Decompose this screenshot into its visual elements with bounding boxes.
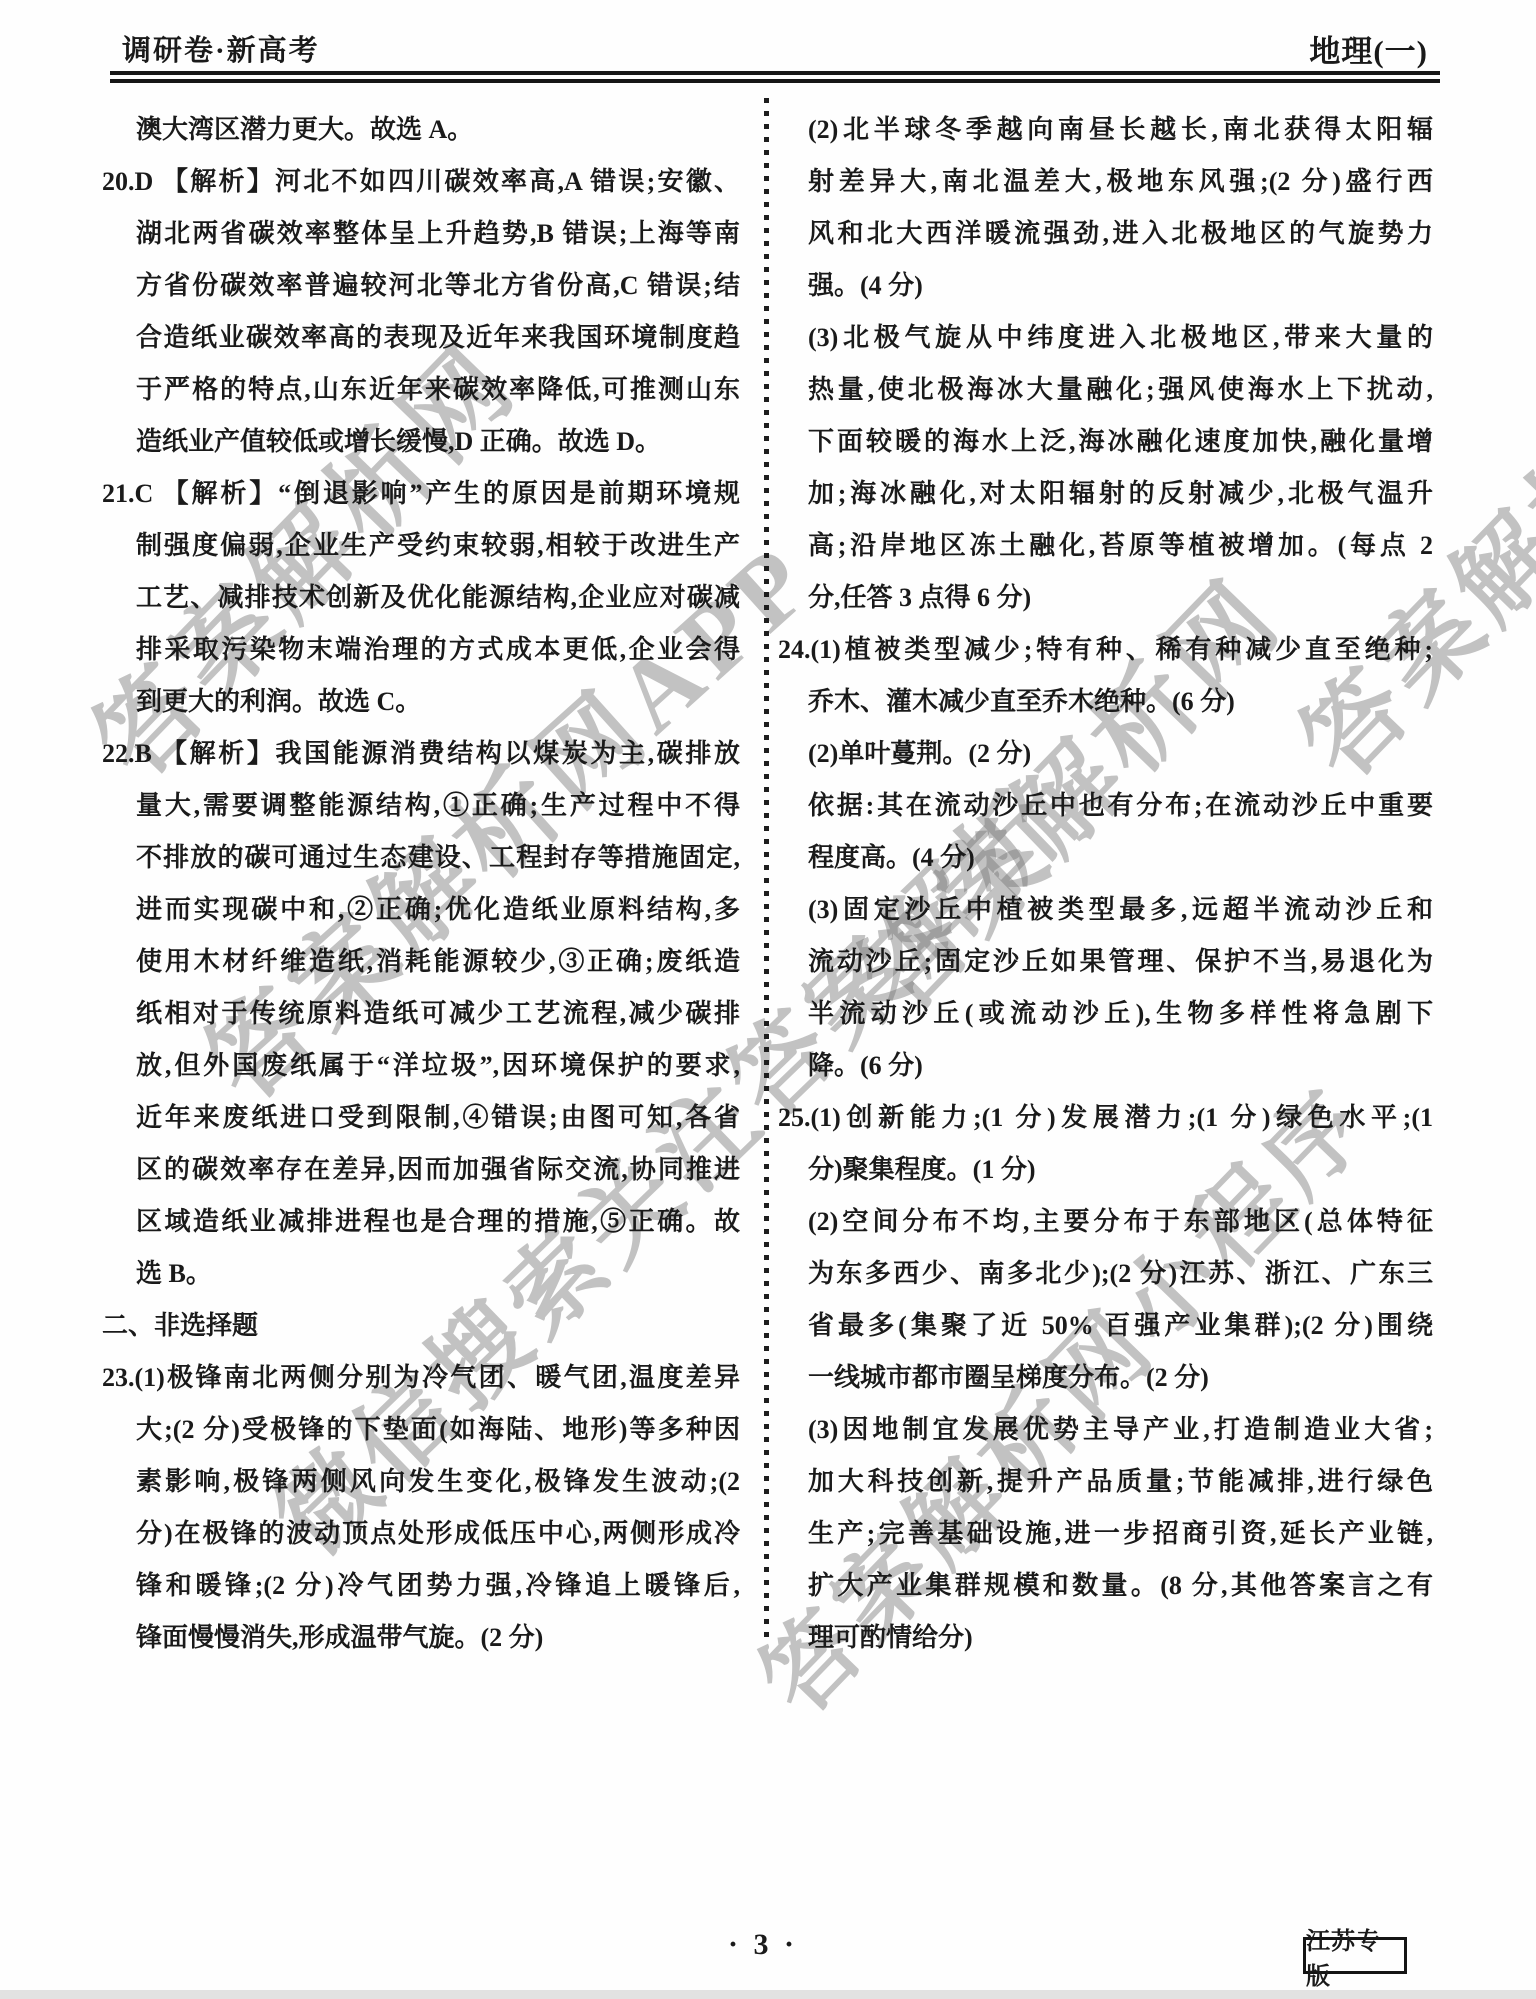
header-paper-series: 调研卷·新高考: [122, 28, 320, 69]
text-line: 不排放的碳可通过生态建设、工程封存等措施固定,: [102, 832, 740, 884]
text-line: 锋面慢慢消失,形成温带气旋。(2 分): [102, 1612, 740, 1664]
text-line: 使用木材纤维造纸,消耗能源较少,③正确;废纸造: [102, 936, 740, 988]
text-line: 理可酌情给分): [778, 1612, 1433, 1664]
text-line: 于严格的特点,山东近年来碳效率降低,可推测山东: [102, 364, 740, 416]
text-line: 制强度偏弱,企业生产受约束较弱,相较于改进生产: [102, 520, 740, 572]
left-column: 澳大湾区潜力更大。故选 A。20.D 【解析】河北不如四川碳效率高,A 错误;安…: [102, 104, 740, 1664]
header-subject-title: 地理(一): [1309, 26, 1428, 71]
page-number: · 3 ·: [698, 1928, 828, 1962]
text-line: (2)空间分布不均,主要分布于东部地区(总体特征: [778, 1196, 1433, 1248]
text-line: 风和北大西洋暖流强劲,进入北极地区的气旋势力: [778, 208, 1433, 260]
text-line: 射差异大,南北温差大,极地东风强;(2 分)盛行西: [778, 156, 1433, 208]
text-line: 到更大的利润。故选 C。: [102, 676, 740, 728]
answer-sheet-page: 答案解析网答案解析网APP答案解析网微信搜索关注答案解析答案解析网小程序答案解析…: [0, 0, 1536, 1999]
text-line: 24.(1)植被类型减少;特有种、稀有种减少直至绝种;: [778, 624, 1433, 676]
text-line: 分)在极锋的波动顶点处形成低压中心,两侧形成冷: [102, 1508, 740, 1560]
text-line: 20.D 【解析】河北不如四川碳效率高,A 错误;安徽、: [102, 156, 740, 208]
text-line: 量大,需要调整能源结构,①正确;生产过程中不得: [102, 780, 740, 832]
header-double-rule: [110, 71, 1440, 83]
text-line: 大;(2 分)受极锋的下垫面(如海陆、地形)等多种因: [102, 1404, 740, 1456]
text-line: 依据:其在流动沙丘中也有分布;在流动沙丘中重要: [778, 780, 1433, 832]
text-line: 素影响,极锋两侧风向发生变化,极锋发生波动;(2: [102, 1456, 740, 1508]
text-line: 25.(1)创新能力;(1 分)发展潜力;(1 分)绿色水平;(1: [778, 1092, 1433, 1144]
text-line: 进而实现碳中和,②正确;优化造纸业原料结构,多: [102, 884, 740, 936]
text-line: 方省份碳效率普遍较河北等北方省份高,C 错误;结: [102, 260, 740, 312]
text-line: 下面较暖的海水上泛,海冰融化速度加快,融化量增: [778, 416, 1433, 468]
text-line: 高;沿岸地区冻土融化,苔原等植被增加。(每点 2: [778, 520, 1433, 572]
text-line: 生产;完善基础设施,进一步招商引资,延长产业链,: [778, 1508, 1433, 1560]
text-line: 为东多西少、南多北少);(2 分)江苏、浙江、广东三: [778, 1248, 1433, 1300]
text-line: 区域造纸业减排进程也是合理的措施,⑤正确。故: [102, 1196, 740, 1248]
text-line: 扩大产业集群规模和数量。(8 分,其他答案言之有: [778, 1560, 1433, 1612]
text-line: 半流动沙丘(或流动沙丘),生物多样性将急剧下: [778, 988, 1433, 1040]
text-line: 合造纸业碳效率高的表现及近年来我国环境制度趋: [102, 312, 740, 364]
text-line: 放,但外国废纸属于“洋垃圾”,因环境保护的要求,: [102, 1040, 740, 1092]
edition-badge: 江苏专版: [1303, 1937, 1407, 1974]
text-line: 22.B 【解析】我国能源消费结构以煤炭为主,碳排放: [102, 728, 740, 780]
text-line: 分,任答 3 点得 6 分): [778, 572, 1433, 624]
text-line: 23.(1)极锋南北两侧分别为冷气团、暖气团,温度差异: [102, 1352, 740, 1404]
text-line: 程度高。(4 分): [778, 832, 1433, 884]
text-line: 造纸业产值较低或增长缓慢,D 正确。故选 D。: [102, 416, 740, 468]
text-line: 强。(4 分): [778, 260, 1433, 312]
text-line: 二、非选择题: [102, 1300, 740, 1352]
text-line: (3)固定沙丘中植被类型最多,远超半流动沙丘和: [778, 884, 1433, 936]
text-line: 21.C 【解析】“倒退影响”产生的原因是前期环境规: [102, 468, 740, 520]
text-line: 加大科技创新,提升产品质量;节能减排,进行绿色: [778, 1456, 1433, 1508]
text-line: 加;海冰融化,对太阳辐射的反射减少,北极气温升: [778, 468, 1433, 520]
text-line: 纸相对于传统原料造纸可减少工艺流程,减少碳排: [102, 988, 740, 1040]
text-line: 选 B。: [102, 1248, 740, 1300]
text-line: (3)因地制宜发展优势主导产业,打造制造业大省;: [778, 1404, 1433, 1456]
text-line: 锋和暖锋;(2 分)冷气团势力强,冷锋追上暖锋后,: [102, 1560, 740, 1612]
scan-edge-strip: [0, 1990, 1536, 1999]
text-line: 降。(6 分): [778, 1040, 1433, 1092]
right-column: (2)北半球冬季越向南昼长越长,南北获得太阳辐射差异大,南北温差大,极地东风强;…: [778, 104, 1433, 1664]
text-line: 乔木、灌木减少直至乔木绝种。(6 分): [778, 676, 1433, 728]
text-line: 排采取污染物末端治理的方式成本更低,企业会得: [102, 624, 740, 676]
text-line: 湖北两省碳效率整体呈上升趋势,B 错误;上海等南: [102, 208, 740, 260]
text-line: (3)北极气旋从中纬度进入北极地区,带来大量的: [778, 312, 1433, 364]
text-line: (2)北半球冬季越向南昼长越长,南北获得太阳辐: [778, 104, 1433, 156]
text-line: (2)单叶蔓荆。(2 分): [778, 728, 1433, 780]
text-line: 分)聚集程度。(1 分): [778, 1144, 1433, 1196]
text-line: 省最多(集聚了近 50% 百强产业集群);(2 分)围绕: [778, 1300, 1433, 1352]
text-line: 工艺、减排技术创新及优化能源结构,企业应对碳减: [102, 572, 740, 624]
text-line: 澳大湾区潜力更大。故选 A。: [102, 104, 740, 156]
column-divider-dotted-line: [764, 98, 769, 1643]
text-line: 一线城市都市圈呈梯度分布。(2 分): [778, 1352, 1433, 1404]
text-line: 区的碳效率存在差异,因而加强省际交流,协同推进: [102, 1144, 740, 1196]
text-line: 近年来废纸进口受到限制,④错误;由图可知,各省: [102, 1092, 740, 1144]
text-line: 热量,使北极海冰大量融化;强风使海水上下扰动,: [778, 364, 1433, 416]
text-line: 流动沙丘;固定沙丘如果管理、保护不当,易退化为: [778, 936, 1433, 988]
